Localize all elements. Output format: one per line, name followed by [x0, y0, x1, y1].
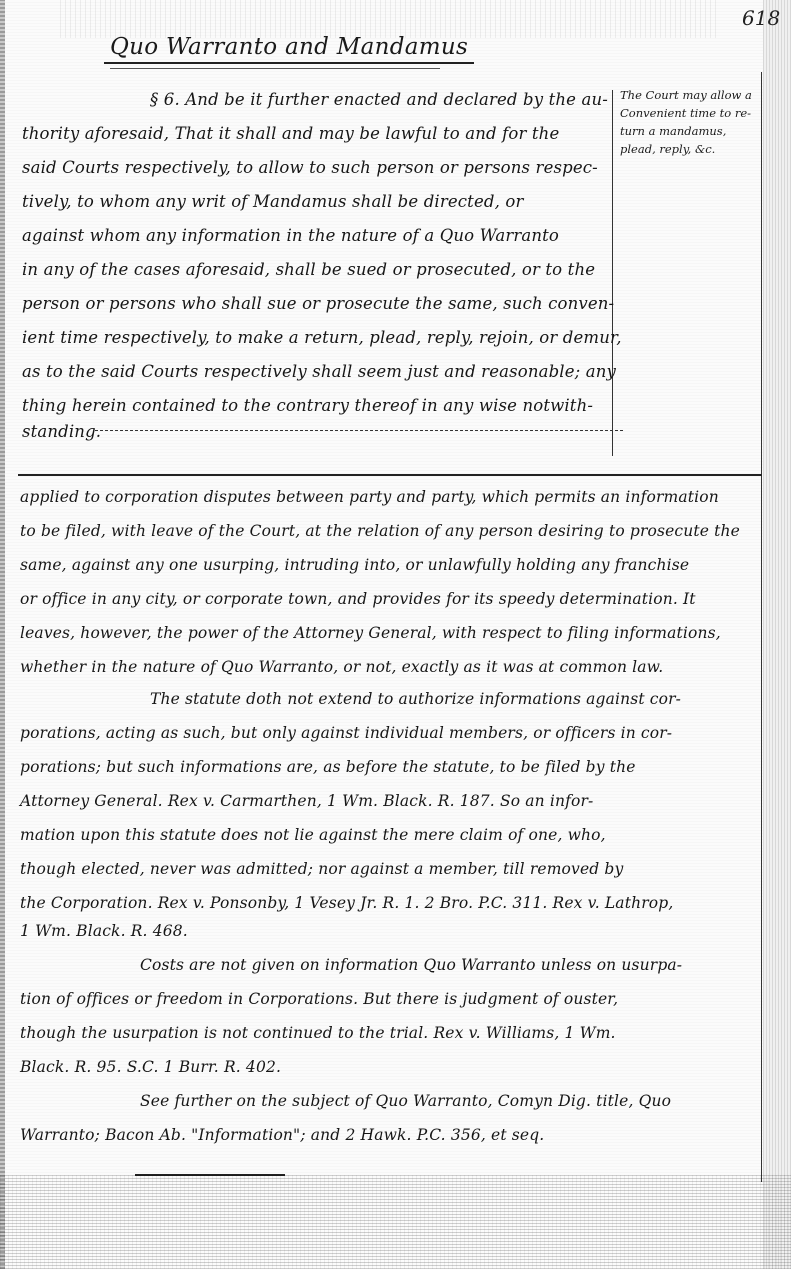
text-line: tively, to whom any writ of Mandamus sha… [22, 192, 524, 211]
text-line: thing herein contained to the contrary t… [22, 396, 593, 415]
text-line: said Courts respectively, to allow to su… [22, 158, 598, 177]
scan-noise-bottom [0, 1175, 791, 1269]
scan-left-edge [0, 0, 5, 1269]
text-line: leaves, however, the power of the Attorn… [20, 624, 721, 642]
text-line: porations; but such informations are, as… [20, 758, 636, 776]
margin-note: The Court may allow a Convenient time to… [620, 86, 775, 158]
text-line: to be filed, with leave of the Court, at… [20, 522, 740, 540]
text-line: as to the said Courts respectively shall… [22, 362, 616, 381]
section-divider-rule [18, 474, 762, 476]
text-line: tion of offices or freedom in Corporatio… [20, 990, 618, 1008]
margin-note-line: Convenient time to re- [620, 104, 775, 122]
title-double-underline [110, 68, 440, 69]
text-line: standing. [22, 422, 101, 441]
page-title: Quo Warranto and Mandamus [104, 34, 474, 64]
text-line: same, against any one usurping, intrudin… [20, 556, 689, 574]
manuscript-page: 618 Quo Warranto and Mandamus The Court … [0, 0, 791, 1269]
text-line: in any of the cases aforesaid, shall be … [22, 260, 595, 279]
text-line: thority aforesaid, That it shall and may… [22, 124, 559, 143]
text-line: mation upon this statute does not lie ag… [20, 826, 606, 844]
text-line: § 6. And be it further enacted and decla… [150, 90, 608, 109]
margin-note-line: plead, reply, &c. [620, 140, 775, 158]
line-filler-dashes [95, 430, 625, 431]
text-line: 1 Wm. Black. R. 468. [20, 922, 188, 940]
text-line: Warranto; Bacon Ab. "Information"; and 2… [20, 1126, 544, 1144]
text-line: Attorney General. Rex v. Carmarthen, 1 W… [20, 792, 593, 810]
text-line: ient time respectively, to make a return… [22, 328, 622, 347]
text-line: person or persons who shall sue or prose… [22, 294, 614, 313]
text-line: porations, acting as such, but only agai… [20, 724, 672, 742]
text-line: Costs are not given on information Quo W… [140, 956, 682, 974]
text-line: though elected, never was admitted; nor … [20, 860, 623, 878]
margin-note-line: turn a mandamus, [620, 122, 775, 140]
scan-right-edge [763, 0, 791, 1269]
text-line: though the usurpation is not continued t… [20, 1024, 616, 1042]
text-line: applied to corporation disputes between … [20, 488, 719, 506]
right-border-rule [761, 72, 762, 1182]
margin-column-rule [612, 90, 613, 456]
page-number: 618 [742, 6, 780, 30]
text-line: Black. R. 95. S.C. 1 Burr. R. 402. [20, 1058, 281, 1076]
scan-noise-top [60, 0, 720, 38]
text-line: whether in the nature of Quo Warranto, o… [20, 658, 663, 676]
margin-note-line: The Court may allow a [620, 86, 775, 104]
text-line: The statute doth not extend to authorize… [150, 690, 681, 708]
text-line: the Corporation. Rex v. Ponsonby, 1 Vese… [20, 894, 673, 912]
text-line: or office in any city, or corporate town… [20, 590, 696, 608]
text-line: against whom any information in the natu… [22, 226, 559, 245]
text-line: See further on the subject of Quo Warran… [140, 1092, 671, 1110]
